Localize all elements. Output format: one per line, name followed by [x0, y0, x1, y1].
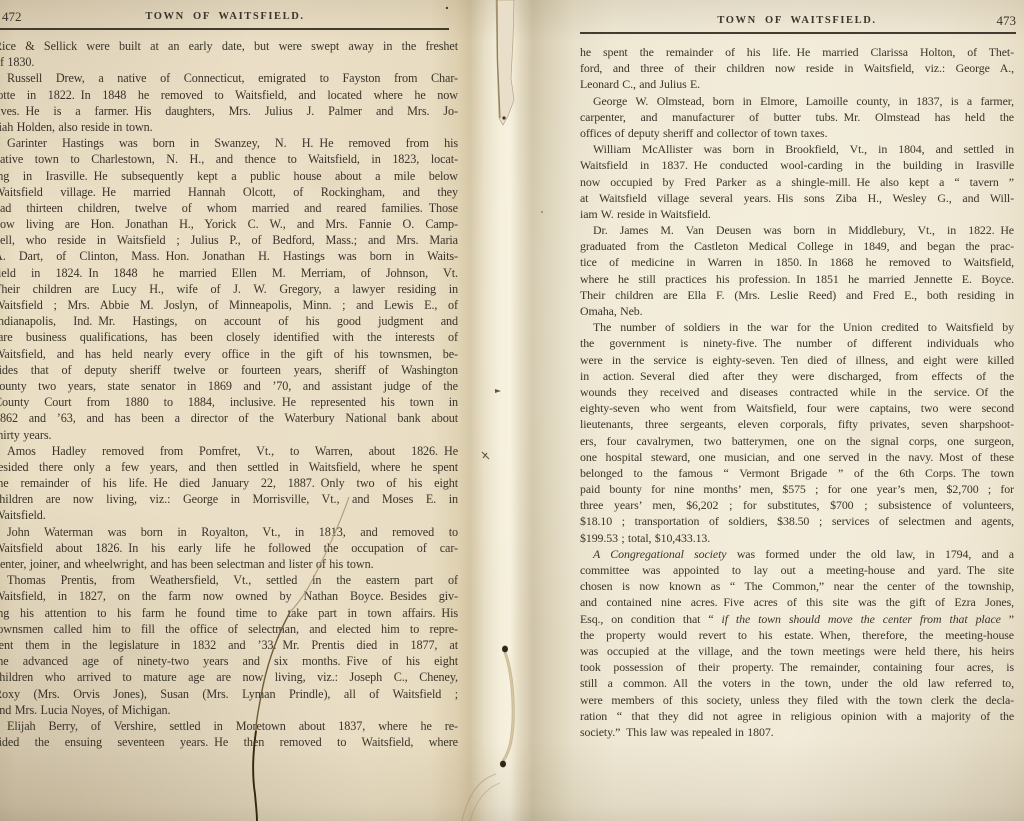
right-header-rule — [580, 32, 1016, 34]
paragraph: Thomas Prentis, from Weathersfield, Vt.,… — [0, 572, 458, 718]
torn-page-stub-edge — [497, 0, 500, 118]
text-line: ing in Irasville. He subsequently kept a… — [0, 168, 458, 184]
text-line: $18.10 ; transportation of soldiers, $38… — [580, 513, 1014, 529]
text-line: wounds they received and diseases contra… — [580, 384, 1014, 400]
paragraph: he spent the remainder of his life. He m… — [580, 44, 1014, 93]
text-line: resided there only a few years, and then… — [0, 459, 458, 475]
left-header-rule — [0, 28, 449, 30]
text-line: iam W. reside in Waitsfield. — [580, 206, 1014, 222]
text-line: field in 1824. In 1848 he married Ellen … — [0, 265, 458, 281]
text-line: rare business qualifications, has been c… — [0, 329, 458, 345]
paragraph: Rice & Sellick were built at an early da… — [0, 38, 458, 70]
text-line: graduated from the Castleton Medical Col… — [580, 238, 1014, 254]
stitch-hole-top — [502, 646, 508, 653]
page-bottom-edge — [470, 783, 500, 821]
text-line: committee was appointed to lay out a mee… — [580, 562, 1014, 578]
text-line: lives. He is a farmer. His daughters, Mr… — [0, 103, 458, 119]
text-line: was occupied at the village, and the tow… — [580, 643, 1014, 659]
text-line: Russell Drew, a native of Connecticut, e… — [0, 70, 458, 86]
left-page-text: Rice & Sellick were built at an early da… — [0, 38, 458, 750]
text-line: Leonard C., and Julius E. — [580, 76, 1014, 92]
right-page-text: he spent the remainder of his life. He m… — [580, 44, 1014, 740]
paragraph: The number of soldiers in the war for th… — [580, 319, 1014, 546]
paragraph: William McAllister was born in Brookfiel… — [580, 141, 1014, 222]
text-line: Waitsfield village. He married Hannah Ol… — [0, 184, 458, 200]
text-line: Waitsfield, in 1827, on the farm now own… — [0, 588, 458, 604]
text-line: thirty years. — [0, 427, 458, 443]
text-line: ford, and three of their children now re… — [580, 60, 1014, 76]
text-line: lieutenants, three sergeants, eleven cor… — [580, 416, 1014, 432]
right-running-header: TOWN OF WAITSFIELD. — [580, 15, 1014, 26]
text-line: eighty-seven who went from Waitsfield, f… — [580, 400, 1014, 416]
text-line: siah Holden, also reside in town. — [0, 119, 458, 135]
text-segment: was formed under the old law, in 1794, a… — [726, 547, 1014, 561]
paragraph: George W. Olmstead, born in Elmore, Lamo… — [580, 93, 1014, 142]
text-line: Waitsfield ; Mrs. Abbie M. Joslyn, of Mi… — [0, 297, 458, 313]
text-line: A. Dart, of Clinton, Mass. Hon. Jonathan… — [0, 248, 458, 264]
text-line: Elijah Berry, of Vershire, settled in Mo… — [0, 718, 458, 734]
text-line: society.” This law was repealed in 1807. — [580, 724, 1014, 740]
text-line: and Mrs. Lucia Noyes, of Michigan. — [0, 702, 458, 718]
text-line: Waitsfield about 1826. In his early life… — [0, 540, 458, 556]
paragraph: Amos Hadley removed from Pomfret, Vt., t… — [0, 443, 458, 524]
text-line: at Waitsfield village several years. His… — [580, 190, 1014, 206]
text-line: Waitsfield in 1837. He conducted wool-ca… — [580, 157, 1014, 173]
ink-mark — [482, 452, 489, 459]
text-line: he spent the remainder of his life. He m… — [580, 44, 1014, 60]
paragraph: Russell Drew, a native of Connecticut, e… — [0, 70, 458, 135]
text-line: Rice & Sellick were built at an early da… — [0, 38, 458, 54]
text-line: the remainder of his life. He died Janua… — [0, 475, 458, 491]
text-line: 1862 and ’63, and has been a director of… — [0, 410, 458, 426]
book-spread: 472 TOWN OF WAITSFIELD. Rice & Sellick w… — [0, 0, 1024, 821]
text-line: one hospital steward, one musician, and … — [580, 449, 1014, 465]
italic-text: if the town should move the center from … — [722, 612, 1001, 626]
text-line: tice of medicine in Warren in 1850. In 1… — [580, 254, 1014, 270]
text-segment: Esq., on condition that “ — [580, 612, 722, 626]
text-line: where he still practices his profession.… — [580, 271, 1014, 287]
ink-speck — [502, 116, 505, 119]
text-line: lotte in 1822. In 1848 he removed to Wai… — [0, 87, 458, 103]
ink-mark — [495, 389, 501, 393]
text-line: the government is ninety-five. The numbe… — [580, 335, 1014, 351]
text-line: and contained nine acres. Five acres of … — [580, 594, 1014, 610]
italic-text: A Congregational society — [593, 547, 726, 561]
text-line: chosen is now known as “ The Common,” ne… — [580, 578, 1014, 594]
text-line: county two years, state senator in 1869 … — [0, 378, 458, 394]
text-line: took possession of their property. The r… — [580, 659, 1014, 675]
text-line: offices of deputy sheriff and collector … — [580, 125, 1014, 141]
text-line: still a common. All the voters in the to… — [580, 675, 1014, 691]
text-segment: ” — [1001, 612, 1014, 626]
text-line: in action. Several died after they were … — [580, 368, 1014, 384]
text-line: $199.53 ; total, $10,433.13. — [580, 530, 1014, 546]
paragraph: Dr. James M. Van Deusen was born in Midd… — [580, 222, 1014, 319]
text-line: Dr. James M. Van Deusen was born in Midd… — [580, 222, 1014, 238]
stitch-hole-bottom — [500, 761, 506, 768]
paragraph: Elijah Berry, of Vershire, settled in Mo… — [0, 718, 458, 750]
text-line: were in the service is eighty-seven. Ten… — [580, 352, 1014, 368]
text-line: George W. Olmstead, born in Elmore, Lamo… — [580, 93, 1014, 109]
text-line: Amos Hadley removed from Pomfret, Vt., t… — [0, 443, 458, 459]
text-line: bell, who reside in Waitsfield ; Julius … — [0, 232, 458, 248]
left-running-header: TOWN OF WAITSFIELD. — [0, 11, 450, 22]
text-line: belonged to the famous “ Vermont Brigade… — [580, 465, 1014, 481]
text-line: now occupied by Fred Parker as a shingle… — [580, 174, 1014, 190]
text-line: penter, joiner, and wheelwright, and has… — [0, 556, 458, 572]
text-line: paid bounty for nine months’ men, $575 ;… — [580, 481, 1014, 497]
text-line: Their children are Lucy H., wife of J. W… — [0, 281, 458, 297]
text-line: Indianapolis, Ind. Mr. Hastings, on acco… — [0, 313, 458, 329]
text-line: children are now living, viz.: George in… — [0, 491, 458, 507]
text-line: children who arrived to mature age are n… — [0, 669, 458, 685]
text-line: The number of soldiers in the war for th… — [580, 319, 1014, 335]
text-line: sent them in the legislature in 1832 and… — [0, 637, 458, 653]
paragraph: A Congregational society was formed unde… — [580, 546, 1014, 740]
right-page: 473 TOWN OF WAITSFIELD. he spent the rem… — [520, 0, 1024, 821]
text-line: carpenter, and manufacturer of butter tu… — [580, 109, 1014, 125]
text-line: Their children are Ella F. (Mrs. Leslie … — [580, 287, 1014, 303]
left-page: 472 TOWN OF WAITSFIELD. Rice & Sellick w… — [0, 0, 470, 821]
text-line: ers, four cavalrymen, two batterymen, on… — [580, 433, 1014, 449]
text-line: Thomas Prentis, from Weathersfield, Vt.,… — [0, 572, 458, 588]
text-line: three years’ men, $6,202 ; for substitut… — [580, 497, 1014, 513]
text-line: sided the ensuing seventeen years. He th… — [0, 734, 458, 750]
text-line: Roxy (Mrs. Orvis Jones), Susan (Mrs. Lym… — [0, 686, 458, 702]
text-line: native town to Charlestown, N. H., and t… — [0, 151, 458, 167]
text-line: had thirteen children, twelve of whom ma… — [0, 200, 458, 216]
text-line: ration “ that they did not agree in reli… — [580, 708, 1014, 724]
paragraph: Garinter Hastings was born in Swanzey, N… — [0, 135, 458, 443]
text-line: townsmen called him to fill the office o… — [0, 621, 458, 637]
text-line: were members of this society, unless the… — [580, 692, 1014, 708]
torn-page-stub — [496, 0, 514, 125]
text-line: Omaha, Neb. — [580, 303, 1014, 319]
text-line: the property would revert to his estate.… — [580, 627, 1014, 643]
text-line: Waitsfield. — [0, 507, 458, 523]
text-line: John Waterman was born in Royalton, Vt.,… — [0, 524, 458, 540]
text-line: County Court from 1880 to 1884, inclusiv… — [0, 394, 458, 410]
text-line: the advanced age of ninety-two years and… — [0, 653, 458, 669]
text-line: Waitsfield, and has held nearly every of… — [0, 346, 458, 362]
text-line: Garinter Hastings was born in Swanzey, N… — [0, 135, 458, 151]
text-line: William McAllister was born in Brookfiel… — [580, 141, 1014, 157]
text-line: ing his attention to his farm he found t… — [0, 605, 458, 621]
paragraph: John Waterman was born in Royalton, Vt.,… — [0, 524, 458, 573]
text-line: of 1830. — [0, 54, 458, 70]
stitch-thread-loop-highlight — [503, 652, 513, 761]
text-line: Esq., on condition that “ if the town sh… — [580, 611, 1014, 627]
text-line: sides that of deputy sheriff twelve or f… — [0, 362, 458, 378]
stitch-thread-loop — [503, 652, 513, 761]
text-line: A Congregational society was formed unde… — [580, 546, 1014, 562]
text-line: now living are Hon. Jonathan H., Yorick … — [0, 216, 458, 232]
